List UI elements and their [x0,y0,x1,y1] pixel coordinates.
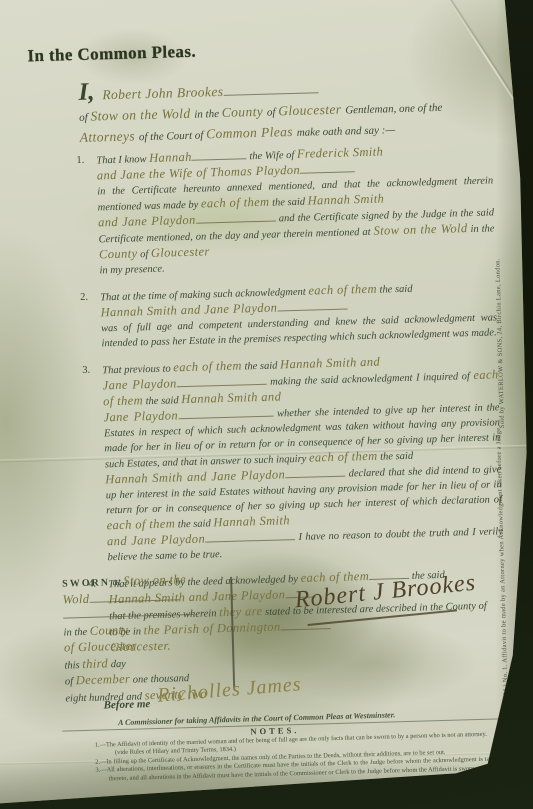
printed-text: in my presence. [99,264,165,277]
handwritten-text: Robert John Brookes [98,84,223,102]
paragraph-1: 1. That I know Hannah the Wife of Freder… [96,141,495,278]
handwritten-text: County [90,622,129,637]
paragraph-text: That I know Hannah the Wife of Frederick… [96,147,494,276]
ruled-blank-line [176,375,266,388]
paragraph-2: 2. That at the time of making such ackno… [100,278,498,351]
opening-text: Robert John Brookesof Stow on the Wold i… [79,84,442,145]
printed-text: of the Court of [139,129,207,143]
paragraph-number: 2. [80,290,88,305]
handwritten-text: each of them [308,282,377,298]
handwritten-text: each of them [106,516,175,532]
printed-text: of [267,106,279,118]
printed-text: of [65,676,76,687]
ruled-blank-line [300,162,355,174]
ruled-blank-line [192,149,247,161]
printed-text: the said [377,451,413,463]
ruled-blank-line [277,300,347,312]
court-title: In the Common Pleas. [27,42,196,67]
document-content: In the Common Pleas. I, Robert John Broo… [0,0,533,809]
printed-text: Gentleman, one of the [345,102,442,117]
printed-capital-i: I, [78,78,99,106]
printed-text: the said [143,395,182,407]
handwritten-text: Gloucester [151,244,210,260]
handwritten-text: Hannah Smith and Jane Playdon [105,467,285,486]
handwritten-text: Stow on the Wold [90,106,194,124]
printed-text: the said [269,197,308,209]
printed-text: at [110,577,124,588]
handwritten-text: each of them [173,358,242,374]
printed-text: in the [467,223,494,235]
handwritten-text: County [222,104,268,120]
paragraph-3: 3. That previous to each of them the sai… [102,351,504,565]
handwritten-text: Hannah Smith and [280,355,380,372]
printed-text: SWORN [62,577,110,589]
ruled-blank-line [63,605,193,619]
handwritten-text: each of them [201,195,270,211]
printed-text: the Wife of [247,150,297,162]
handwritten-text: Attorneys [80,128,140,145]
printed-text: the said [377,284,413,296]
handwritten-text: Frederick Smith [297,144,384,160]
printed-text: the said [175,518,214,530]
handwritten-text: Wold [62,591,89,606]
printed-text: of [79,112,91,124]
handwritten-text: and Jane Playdon [107,532,205,549]
printed-text: this [64,660,82,671]
ruled-blank-line [280,619,330,630]
handwritten-text: each of them [309,449,378,465]
handwritten-text: Jane Playdon [102,376,176,392]
ruled-blank-line [285,467,345,479]
ruled-blank-line [223,83,318,96]
printed-text: making the said acknowledgment I inquire… [267,371,474,388]
printed-text: the said [242,360,281,372]
printed-text: That I know [96,154,149,166]
handwritten-text: and Jane the Wife of Thomas Playdon [97,163,301,183]
ruled-blank-line [178,407,273,420]
paragraph-number: 3. [82,363,90,378]
printed-text: make oath and say :— [297,124,396,139]
handwritten-text: December [76,672,131,688]
handwritten-text: Hannah Smith and Jane Playdon [100,300,277,319]
printed-text: That previous to [102,363,173,376]
handwritten-text: Hannah Smith [307,191,384,207]
handwritten-text: Common Pleas [206,124,297,142]
printed-text: in the [194,108,222,121]
parchment-paper: In the Common Pleas. I, Robert John Broo… [0,0,533,809]
handwritten-text: Stow on the [123,572,186,588]
handwritten-text: and Jane Playdon [98,213,196,230]
handwritten-text: Stow on the Wold [373,221,467,238]
handwritten-text: third [82,656,108,671]
opening-statement: I, Robert John Brookesof Stow on the Wol… [78,71,494,149]
printed-text: of [137,249,151,260]
printed-text: day [108,658,126,669]
handwritten-text: of Gloucester [64,639,137,655]
paragraph-text: That at the time of making such acknowle… [100,284,497,350]
handwritten-text: Hannah Smith and [181,389,281,406]
ruled-blank-line [205,530,295,543]
ruled-blank-line [195,211,275,223]
printed-text: was of full age and competent understand… [101,312,497,349]
handwritten-text: Jane Playdon [103,408,178,424]
handwritten-text: Hannah Smith [213,513,290,529]
paragraph-number: 1. [76,153,84,168]
before-me-label: Before me [103,698,150,711]
printed-text: in the [63,626,90,638]
ruled-blank-line [89,590,179,603]
handwritten-text: Hannah [149,150,192,165]
handwritten-text: County [99,246,138,261]
handwritten-text: Gloucester [278,101,345,118]
document-photo: In the Common Pleas. I, Robert John Broo… [0,0,533,809]
paragraph-text: That previous to each of them the said H… [102,358,503,564]
